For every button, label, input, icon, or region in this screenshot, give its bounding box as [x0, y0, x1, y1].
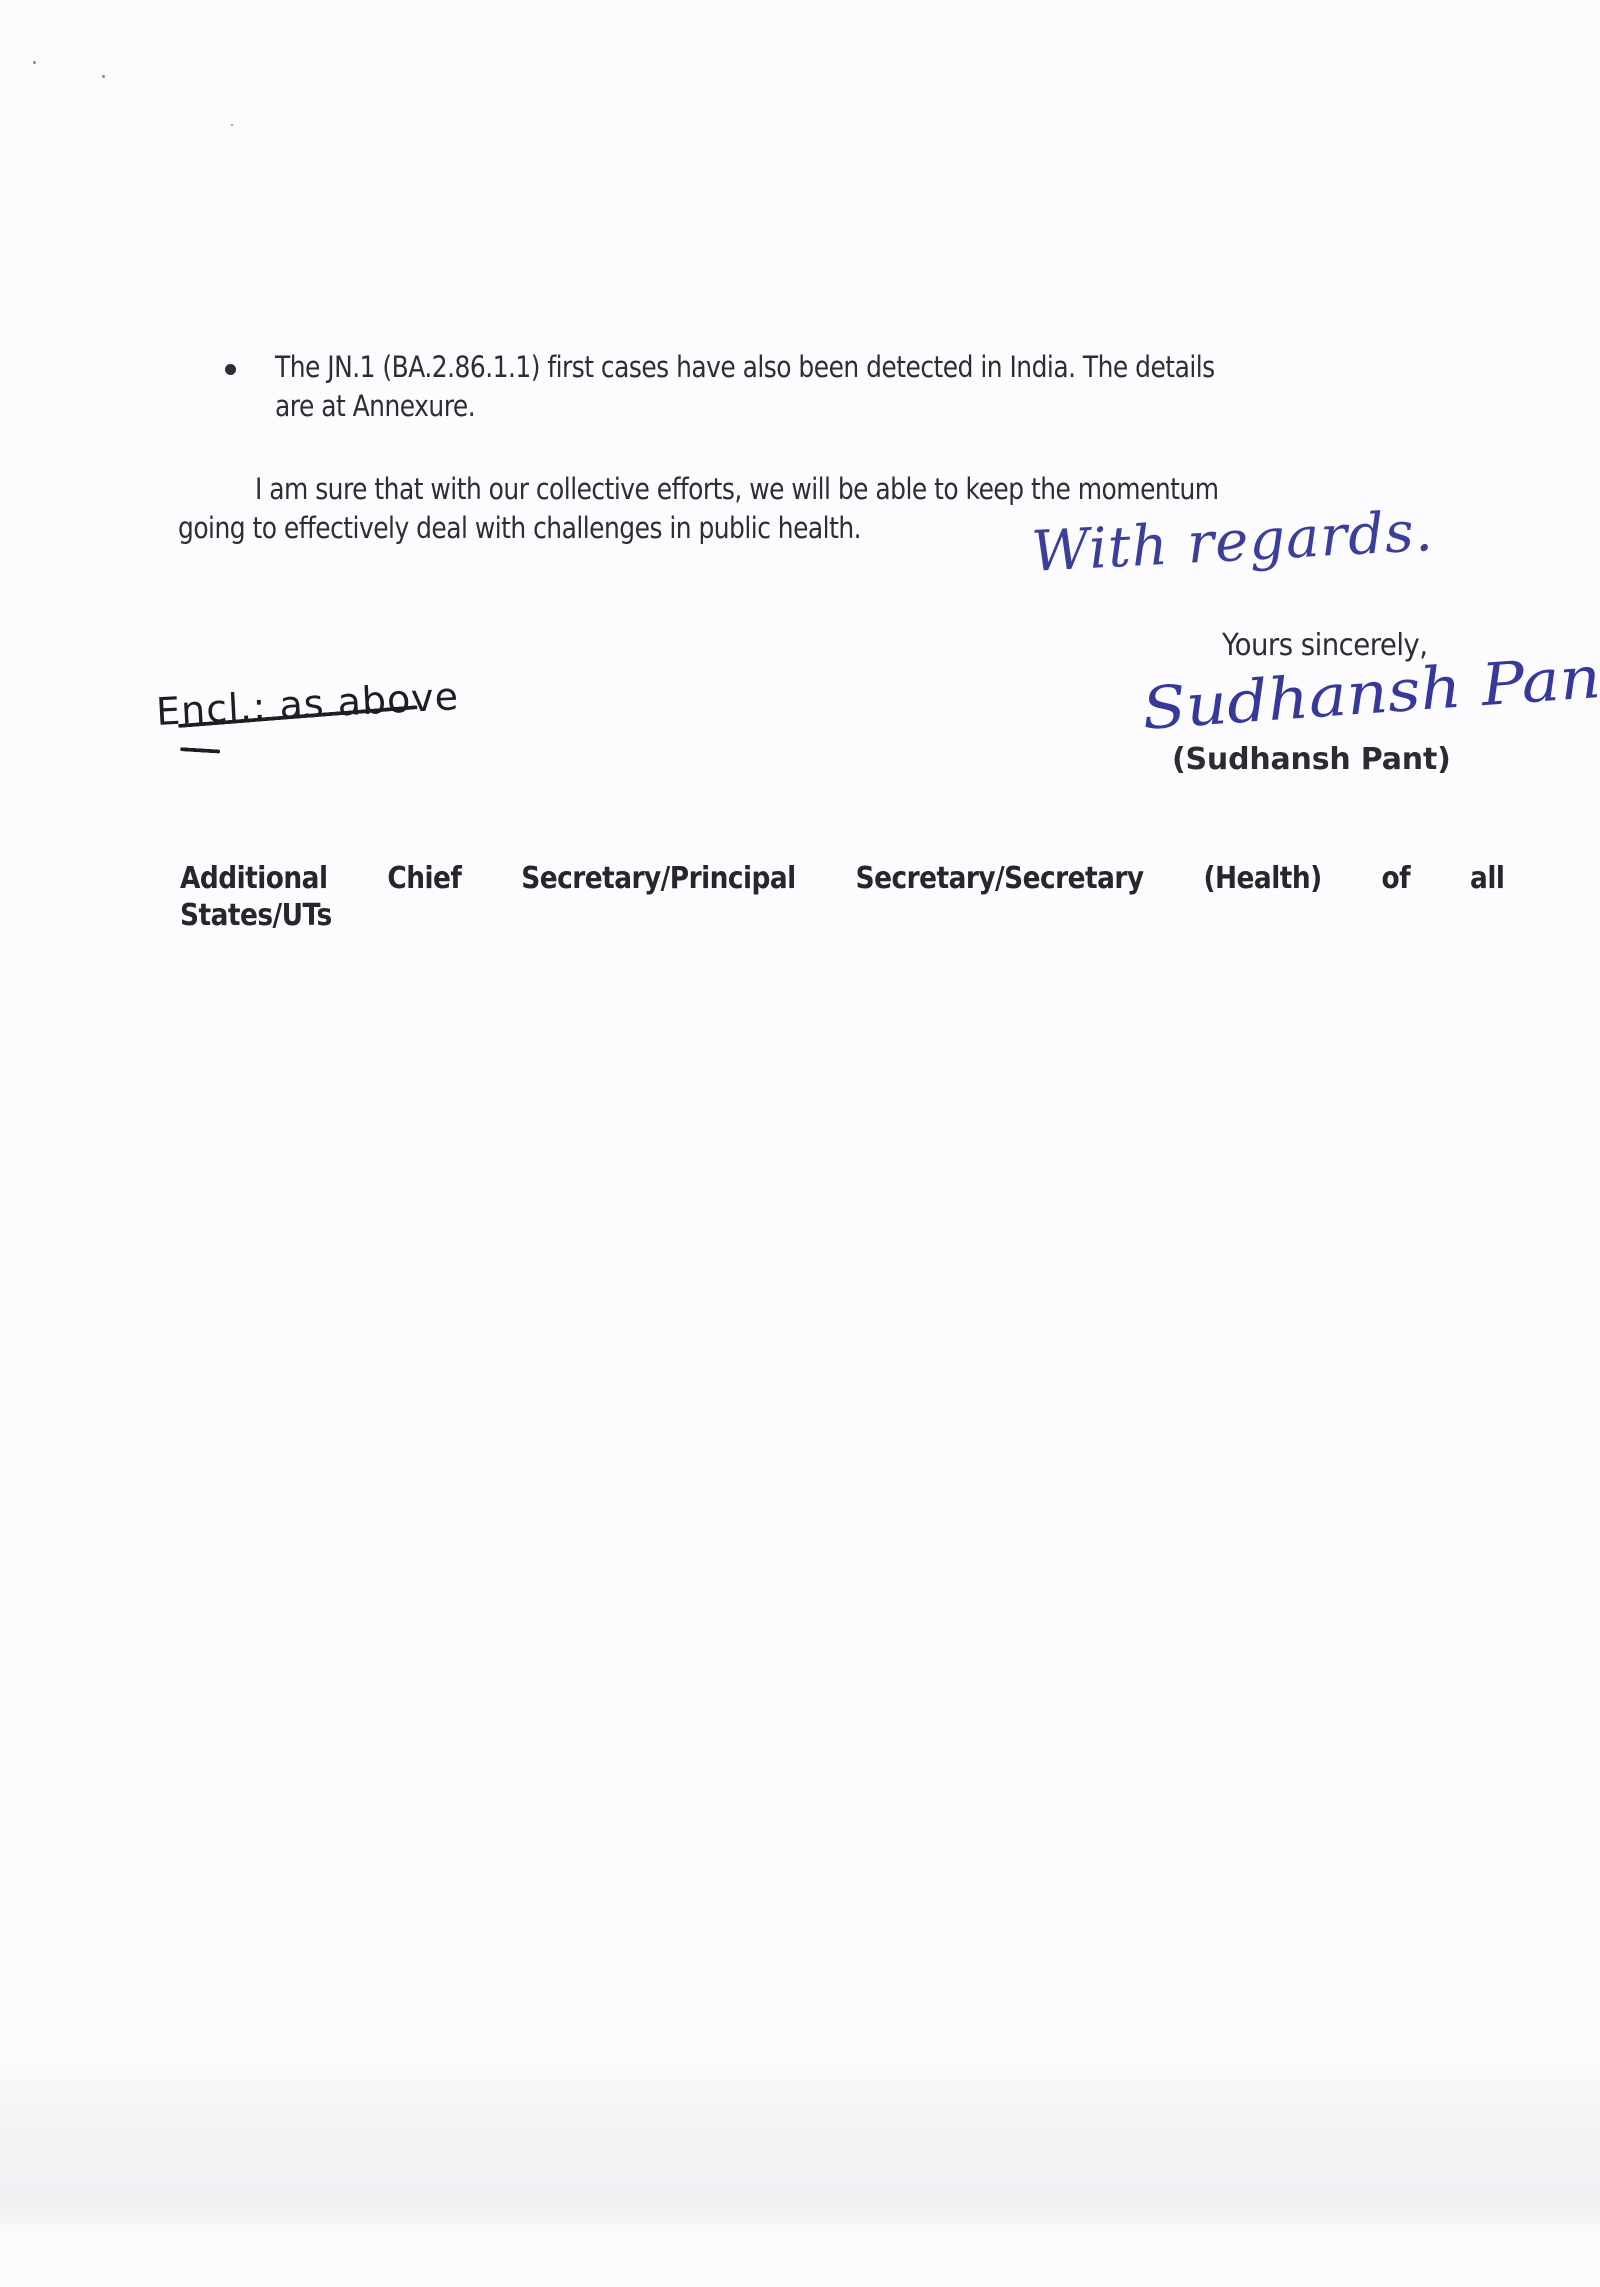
- addressee-word: Chief: [387, 860, 461, 897]
- addressee-line2: States/UTs: [180, 897, 1504, 934]
- bullet-marker: [225, 364, 236, 375]
- bullet-line: are at Annexure.: [275, 387, 1453, 426]
- scan-speck: [231, 124, 233, 126]
- addressee-word: Secretary/Principal: [521, 860, 795, 897]
- addressee-word: Secretary/Secretary: [856, 860, 1144, 897]
- bullet-point-jn1: The JN.1 (BA.2.86.1.1) first cases have …: [275, 348, 1453, 426]
- scan-speck: [33, 61, 36, 64]
- closing-paragraph-line: I am sure that with our collective effor…: [255, 470, 1219, 509]
- addressee-word: Additional: [180, 860, 327, 897]
- addressee-word: (Health): [1203, 860, 1321, 897]
- addressee-word: all: [1470, 860, 1504, 897]
- bullet-line: The JN.1 (BA.2.86.1.1) first cases have …: [275, 348, 1453, 387]
- closing-paragraph-line: going to effectively deal with challenge…: [178, 509, 861, 548]
- scan-speck: [102, 75, 105, 78]
- addressee-block: Additional Chief Secretary/Principal Sec…: [180, 860, 1504, 934]
- scan-shading: [0, 2060, 1600, 2240]
- addressee-word: of: [1382, 860, 1411, 897]
- signatory-name: (Sudhansh Pant): [1172, 742, 1451, 777]
- addressee-line1: Additional Chief Secretary/Principal Sec…: [180, 860, 1504, 897]
- handwritten-regards: With regards.: [1030, 499, 1435, 585]
